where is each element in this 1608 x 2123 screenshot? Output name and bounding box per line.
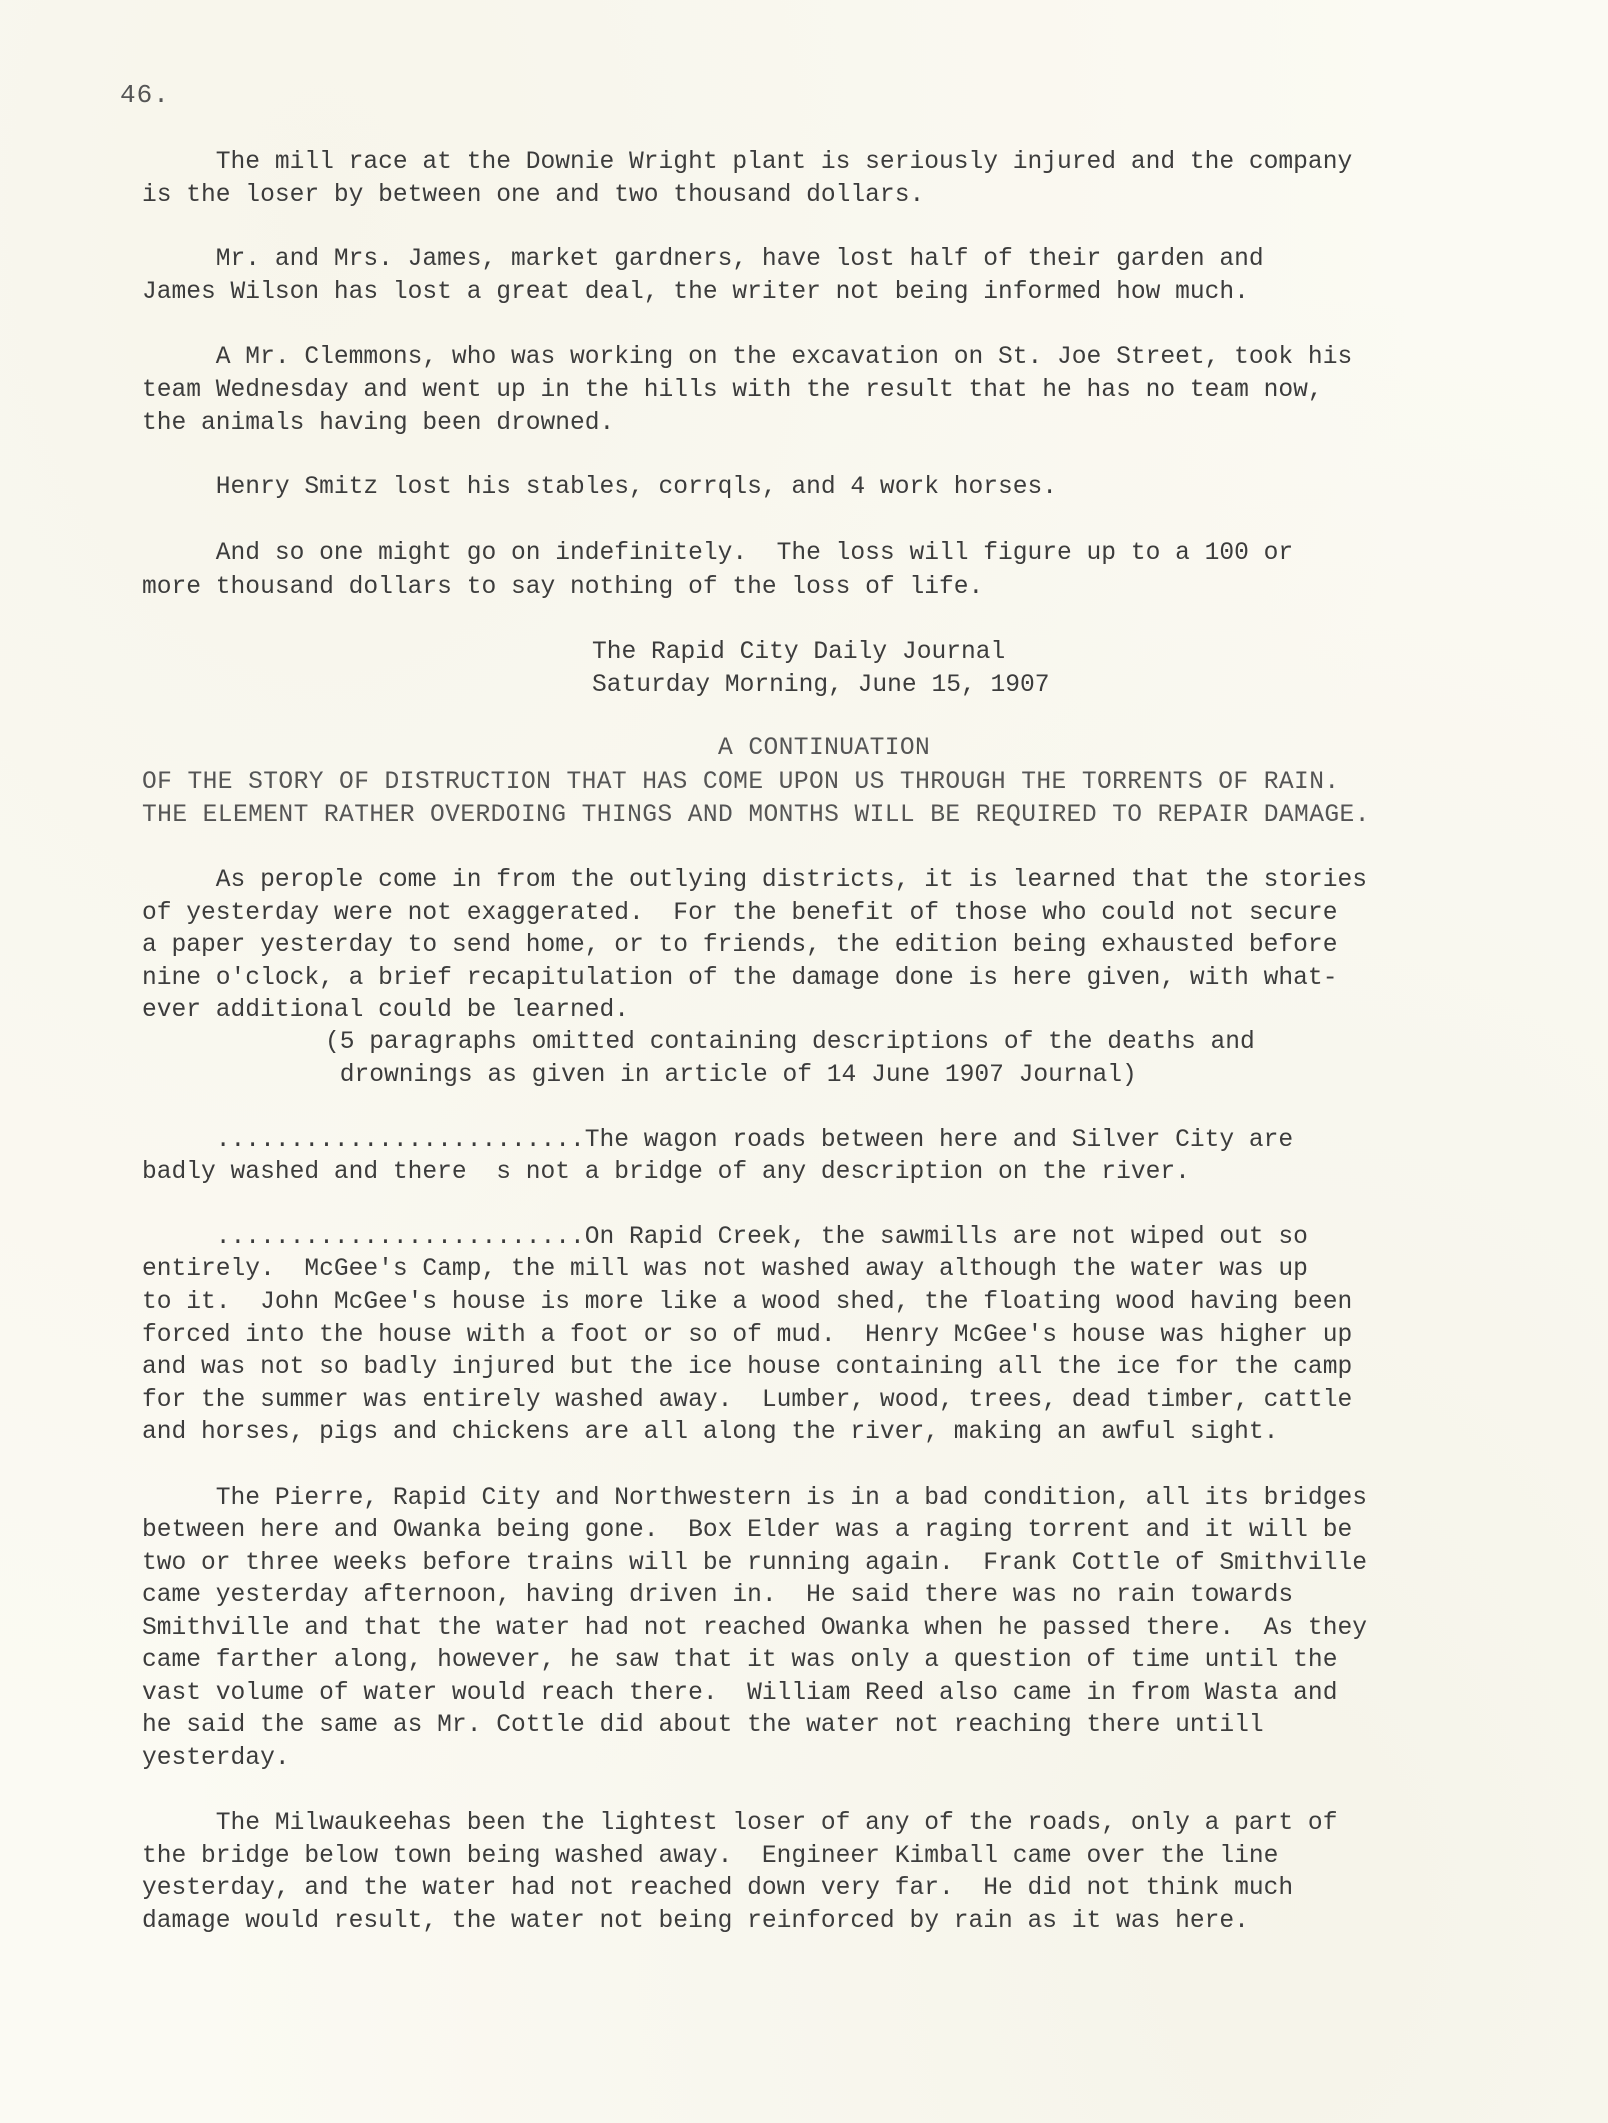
text-line: came yesterday afternoon, having driven …: [142, 1579, 1293, 1612]
headline-line-3: THE ELEMENT RATHER OVERDOING THINGS AND …: [142, 799, 1370, 832]
text-line: A Mr. Clemmons, who was working on the e…: [142, 341, 1352, 374]
text-line: to it. John McGee's house is more like a…: [142, 1286, 1352, 1319]
text-line: and horses, pigs and chickens are all al…: [142, 1416, 1278, 1449]
newspaper-name: The Rapid City Daily Journal: [592, 636, 1005, 669]
text-line: (5 paragraphs omitted containing descrip…: [325, 1026, 1255, 1059]
text-line: ever additional could be learned.: [142, 994, 629, 1027]
text-line: Henry Smitz lost his stables, corrqls, a…: [142, 471, 1057, 504]
text-line: James Wilson has lost a great deal, the …: [142, 276, 1249, 309]
text-line: the bridge below town being washed away.…: [142, 1840, 1278, 1873]
text-line: .........................The wagon roads…: [142, 1124, 1293, 1157]
text-line: damage would result, the water not being…: [142, 1905, 1249, 1938]
publication-date: Saturday Morning, June 15, 1907: [592, 669, 1050, 702]
text-line: entirely. McGee's Camp, the mill was not…: [142, 1253, 1308, 1286]
text-line: between here and Owanka being gone. Box …: [142, 1514, 1352, 1547]
text-line: came farther along, however, he saw that…: [142, 1644, 1337, 1677]
text-line: the animals having been drowned.: [142, 407, 614, 440]
text-line: The Pierre, Rapid City and Northwestern …: [142, 1482, 1367, 1515]
text-line: drownings as given in article of 14 June…: [325, 1059, 1137, 1092]
page-number: 46.: [120, 80, 170, 110]
text-line: yesterday.: [142, 1742, 290, 1775]
text-line: more thousand dollars to say nothing of …: [142, 571, 983, 604]
text-line: And so one might go on indefinitely. The…: [142, 537, 1293, 570]
text-line: vast volume of water would reach there. …: [142, 1677, 1337, 1710]
text-line: of yesterday were not exaggerated. For t…: [142, 897, 1337, 930]
text-line: is the loser by between one and two thou…: [142, 179, 924, 212]
typewritten-page: 46. The mill race at the Downie Wright p…: [0, 0, 1608, 2123]
text-line: yesterday, and the water had not reached…: [142, 1872, 1293, 1905]
text-line: and was not so badly injured but the ice…: [142, 1351, 1352, 1384]
text-line: The mill race at the Downie Wright plant…: [142, 146, 1352, 179]
text-line: Smithville and that the water had not re…: [142, 1612, 1367, 1645]
text-line: .........................On Rapid Creek,…: [142, 1221, 1308, 1254]
text-line: The Milwaukeehas been the lightest loser…: [142, 1807, 1337, 1840]
headline-line-1: A CONTINUATION: [718, 732, 930, 765]
text-line: team Wednesday and went up in the hills …: [142, 374, 1323, 407]
text-line: a paper yesterday to send home, or to fr…: [142, 929, 1337, 962]
headline-line-2: OF THE STORY OF DISTRUCTION THAT HAS COM…: [142, 766, 1340, 799]
text-line: badly washed and there s not a bridge of…: [142, 1156, 1190, 1189]
text-line: As perople come in from the outlying dis…: [142, 864, 1367, 897]
text-line: two or three weeks before trains will be…: [142, 1547, 1367, 1580]
text-line: forced into the house with a foot or so …: [142, 1319, 1352, 1352]
text-line: he said the same as Mr. Cottle did about…: [142, 1709, 1264, 1742]
text-line: for the summer was entirely washed away.…: [142, 1384, 1352, 1417]
text-line: Mr. and Mrs. James, market gardners, hav…: [142, 243, 1264, 276]
text-line: nine o'clock, a brief recapitulation of …: [142, 962, 1337, 995]
